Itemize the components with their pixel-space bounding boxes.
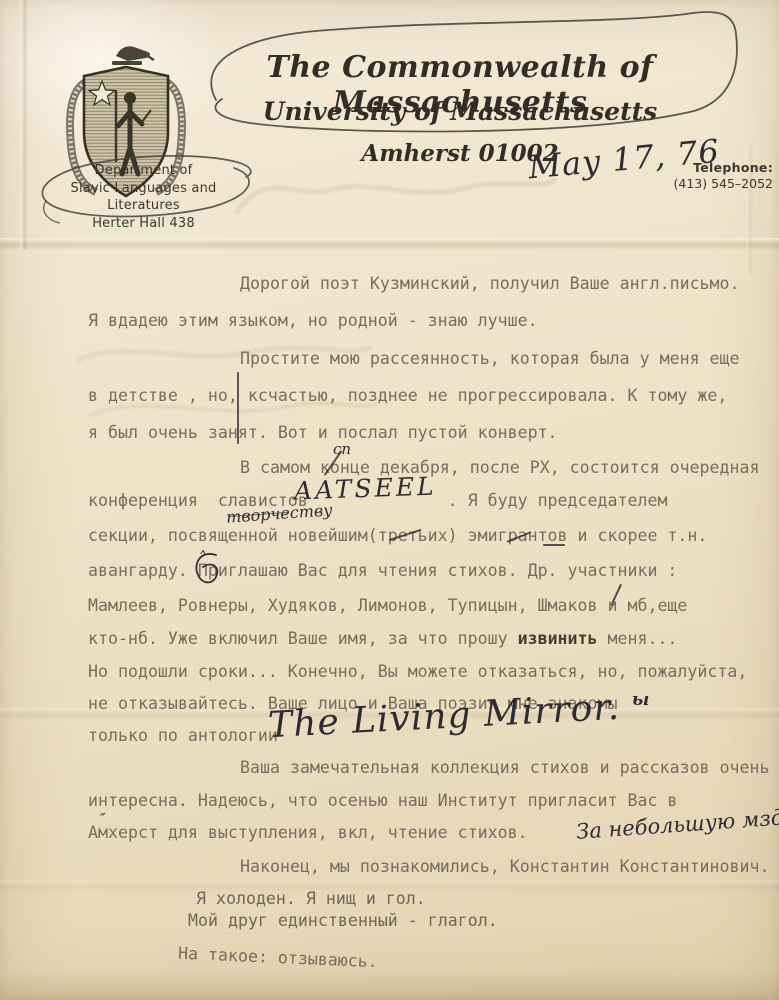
typed-line: только по антологии — [88, 726, 278, 745]
typed-overstruck-word: извинить — [518, 629, 598, 648]
handwritten-caret: ˄ — [199, 548, 207, 567]
typed-line: авангарду. Приглашаю Вас для чтения стих… — [88, 561, 677, 580]
typed-line: Наконец, мы познакомились, Константин Ко… — [240, 857, 770, 876]
typed-line: Простите мою рассеянность, которая была … — [240, 349, 740, 368]
handwritten-aatseel: AATSEEL — [294, 472, 438, 506]
department-line2: Slavic Languages and Literatures — [36, 180, 251, 215]
typed-segment: кто-нб. Уже включил Ваше имя, за что про… — [88, 629, 518, 648]
department-line3: Herter Hall 438 — [36, 215, 251, 233]
typed-line: В самом конце декабря, после РХ, состоит… — [240, 458, 760, 477]
typed-line: кто-нб. Уже включил Ваше имя, за что про… — [88, 629, 677, 648]
typed-line: Мамлеев, Ровнеры, Худяков, Лимонов, Тупи… — [88, 596, 687, 615]
typed-line: я был очень занят. Вот и послал пустой к… — [88, 423, 558, 442]
telephone-number: (413) 545–2052 — [645, 176, 773, 192]
letterhead-university: University of Massachusetts — [185, 97, 735, 126]
typed-closing-line: На такое: отзываюсь. — [178, 944, 378, 972]
typed-line: интересна. Надеюсь, что осенью наш Инсти… — [88, 791, 677, 810]
typed-line: Дорогой поэт Кузминский, получил Ваше ан… — [240, 274, 740, 293]
typed-segment: меня... — [598, 629, 678, 648]
typed-line: в детстве , но, ксчастью, позднее не про… — [88, 386, 727, 405]
fold-crease — [20, 0, 28, 250]
department-line1: Department of — [36, 162, 251, 180]
typed-poem-line: Я холоден. Я нищ и гол. — [196, 889, 426, 908]
scanned-letter-page: The Commonwealth of Massachusetts Univer… — [0, 0, 779, 1000]
scan-edge-shadow — [0, 972, 779, 1000]
fold-crease — [0, 238, 779, 250]
department-block: Department of Slavic Languages and Liter… — [36, 162, 251, 232]
handwritten-fee-note: За небольшую мзду. — [575, 804, 779, 844]
typed-line: Ваша замечательная коллекция стихов и ра… — [240, 758, 770, 777]
handwritten-umlaut: ″ — [100, 810, 106, 828]
typed-line: Но подошли сроки... Конечно, Вы можете о… — [88, 662, 747, 681]
typed-poem-line: Мой друг единственный - глагол. — [188, 911, 498, 930]
typed-line: Я вдадею этим языком, но родной - знаю л… — [88, 311, 538, 330]
typed-line: Амхерст для выступления, вкл, чтение сти… — [88, 823, 528, 842]
handwritten-letter-fix: ы — [632, 690, 649, 710]
pen-strike-stroke — [543, 544, 565, 546]
pen-vertical-stroke — [237, 372, 239, 444]
